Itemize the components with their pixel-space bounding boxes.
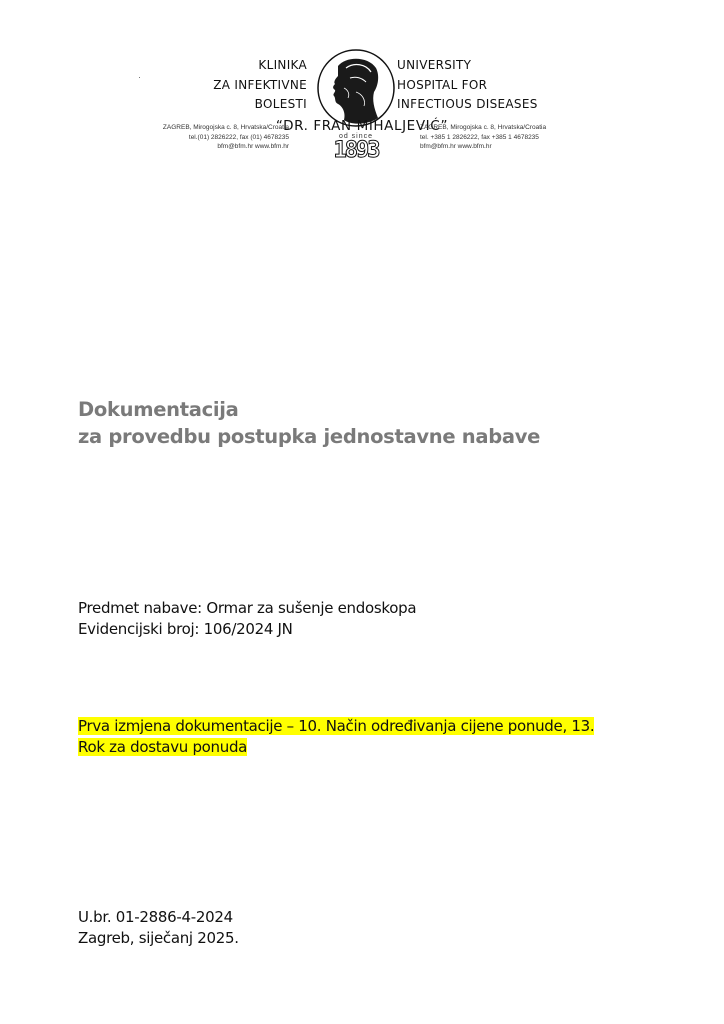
contact-line: tel. +385 1 2826222, fax +385 1 4678235 [420, 133, 546, 143]
contact-line: ZAGREB, Mirogojska c. 8, Hrvatska/Croati… [420, 123, 546, 133]
subject-line: Predmet nabave: Ormar za sušenje endosko… [78, 598, 416, 619]
letterhead-english-name: UNIVERSITY HOSPITAL FOR INFECTIOUS DISEA… [397, 56, 538, 115]
letterhead-right-line: HOSPITAL FOR [397, 76, 538, 96]
procurement-subject: Predmet nabave: Ormar za sušenje endosko… [78, 598, 416, 640]
scan-artifact [139, 77, 140, 78]
highlighted-text: Prva izmjena dokumentacije – 10. Način o… [78, 717, 594, 735]
portrait-medallion-icon [316, 48, 396, 128]
contact-block-left: ZAGREB, Mirogojska c. 8, Hrvatska/Croati… [163, 123, 289, 152]
contact-line: tel.(01) 2826222, fax (01) 4678235 [163, 133, 289, 143]
place-date: Zagreb, siječanj 2025. [78, 928, 239, 949]
reference-number-line: Evidencijski broj: 106/2024 JN [78, 619, 416, 640]
founding-year: 1893 [326, 139, 386, 163]
letterhead-right-line: INFECTIOUS DISEASES [397, 95, 538, 115]
title-line: Dokumentacija [78, 396, 540, 423]
letterhead-left-line: ZA INFEKTIVNE [213, 76, 307, 96]
highlighted-text: Rok za dostavu ponuda [78, 738, 247, 756]
contact-line: bfm@bfm.hr www.bfm.hr [163, 142, 289, 152]
hospital-name: “DR. FRAN MIHALJEVIĆ” [0, 118, 724, 134]
document-page: KLINIKA ZA INFEKTIVNE BOLESTI UNIVERSITY… [0, 0, 724, 1024]
letterhead-croatian-name: KLINIKA ZA INFEKTIVNE BOLESTI [213, 56, 307, 115]
letterhead-right-line: UNIVERSITY [397, 56, 538, 76]
amendment-note: Prva izmjena dokumentacije – 10. Način o… [78, 716, 594, 758]
title-line: za provedbu postupka jednostavne nabave [78, 423, 540, 450]
contact-line: ZAGREB, Mirogojska c. 8, Hrvatska/Croati… [163, 123, 289, 133]
contact-block-right: ZAGREB, Mirogojska c. 8, Hrvatska/Croati… [420, 123, 546, 152]
document-title: Dokumentacija za provedbu postupka jedno… [78, 396, 540, 450]
letterhead-left-line: KLINIKA [213, 56, 307, 76]
contact-line: bfm@bfm.hr www.bfm.hr [420, 142, 546, 152]
document-footer: U.br. 01-2886-4-2024 Zagreb, siječanj 20… [78, 907, 239, 949]
letterhead-left-line: BOLESTI [213, 95, 307, 115]
registry-number: U.br. 01-2886-4-2024 [78, 907, 239, 928]
